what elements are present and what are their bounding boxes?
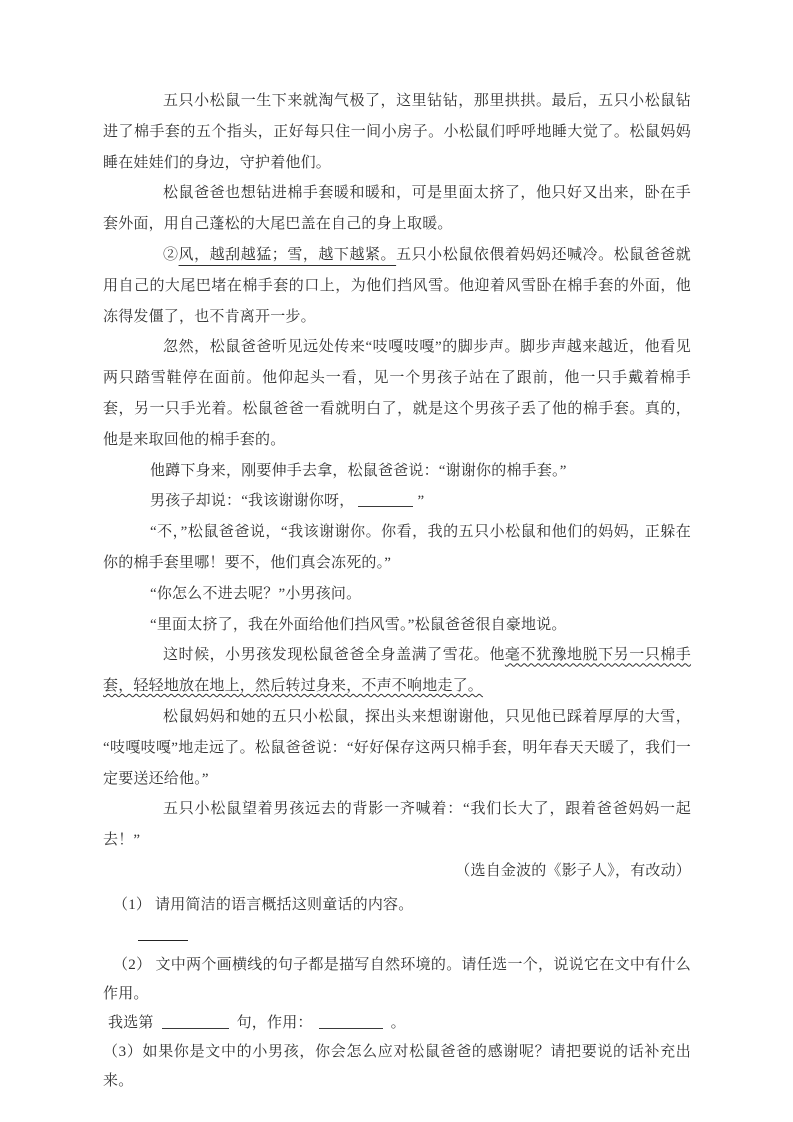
underlined-sentence-solid: 风，越刮越猛；雪，越下越紧。	[179, 247, 397, 263]
document-page: 五只小松鼠一生下来就淘气极了，这里钻钻，那里拱拱。最后，五只小松鼠钻进了棉手套的…	[0, 0, 793, 1122]
question-1: （1） 请用简洁的语言概括这则童话的内容。	[103, 891, 691, 920]
passage-paragraph-10: 这时候，小男孩发现松鼠爸爸全身盖满了雪花。他毫不犹豫地脱下另一只棉手套，轻轻地放…	[103, 640, 691, 702]
question-2: （2） 文中两个画横线的句子都是描写自然环境的。请任选一个，说说它在文中有什么作…	[103, 951, 691, 1009]
paragraph-6-close-quote: ”	[417, 493, 424, 509]
passage-paragraph-12: 五只小松鼠望着男孩远去的背影一齐喊着：“我们长大了，跟着爸爸妈妈一起去！”	[103, 794, 691, 856]
fill-suffix: 。	[391, 1015, 406, 1031]
passage-paragraph-8: “你怎么不进去呢？”小男孩问。	[103, 579, 691, 610]
fill-in-blank-function	[319, 1015, 383, 1029]
paragraph-10-text: 这时候，小男孩发现松鼠爸爸全身盖满了雪花。他	[163, 647, 505, 663]
fill-prefix: 我选第	[108, 1015, 154, 1031]
fill-middle: 句，作用：	[237, 1015, 313, 1031]
sentence-marker-2: ②	[163, 247, 179, 263]
fill-in-blank-dialogue	[358, 493, 413, 507]
page-content: 五只小松鼠一生下来就淘气极了，这里钻钻，那里拱拱。最后，五只小松鼠钻进了棉手套的…	[103, 86, 691, 1096]
answer-line-row	[103, 920, 691, 951]
passage-paragraph-6: 男孩子却说：“我该谢谢你呀，”	[103, 486, 691, 517]
source-attribution: （选自金波的《影子人》，有改动）	[103, 856, 691, 887]
passage-paragraph-4: 忽然，松鼠爸爸听见远处传来“吱嘎吱嘎”的脚步声。脚步声越来越近，他看见两只踏雪鞋…	[103, 332, 691, 455]
passage-paragraph-9: “里面太挤了，我在外面给他们挡风雪。”松鼠爸爸很自豪地说。	[103, 610, 691, 641]
passage-paragraph-11: 松鼠妈妈和她的五只小松鼠，探出头来想谢谢他，只见他已踩着厚厚的大雪，“吱嘎吱嘎”…	[103, 702, 691, 794]
passage-paragraph-7: “不，”松鼠爸爸说，“我该谢谢你。你看，我的五只小松鼠和他们的妈妈，正躲在你的棉…	[103, 517, 691, 579]
fill-in-blank-sentence-number	[162, 1015, 229, 1029]
paragraph-6-text: 男孩子却说：“我该谢谢你呀，	[150, 493, 354, 509]
reading-passage: 五只小松鼠一生下来就淘气极了，这里钻钻，那里拱拱。最后，五只小松鼠钻进了棉手套的…	[103, 86, 691, 887]
question-2-fill-line: 我选第句，作用：。	[103, 1009, 691, 1038]
passage-paragraph-3: ②风，越刮越猛；雪，越下越紧。五只小松鼠依偎着妈妈还喊冷。松鼠爸爸就用自己的大尾…	[103, 240, 691, 332]
passage-paragraph-5: 他蹲下身来，刚要伸手去拿，松鼠爸爸说：“谢谢你的棉手套。”	[103, 456, 691, 487]
passage-paragraph-1: 五只小松鼠一生下来就淘气极了，这里钻钻，那里拱拱。最后，五只小松鼠钻进了棉手套的…	[103, 86, 691, 178]
question-3: （3）如果你是文中的小男孩，你会怎么应对松鼠爸爸的感谢呢？请把要说的话补充出来。	[103, 1038, 691, 1096]
answer-blank-line	[138, 920, 188, 941]
passage-paragraph-2: 松鼠爸爸也想钻进棉手套暖和暖和，可是里面太挤了，他只好又出来，卧在手套外面，用自…	[103, 178, 691, 240]
questions-section: （1） 请用简洁的语言概括这则童话的内容。 （2） 文中两个画横线的句子都是描写…	[103, 891, 691, 1096]
